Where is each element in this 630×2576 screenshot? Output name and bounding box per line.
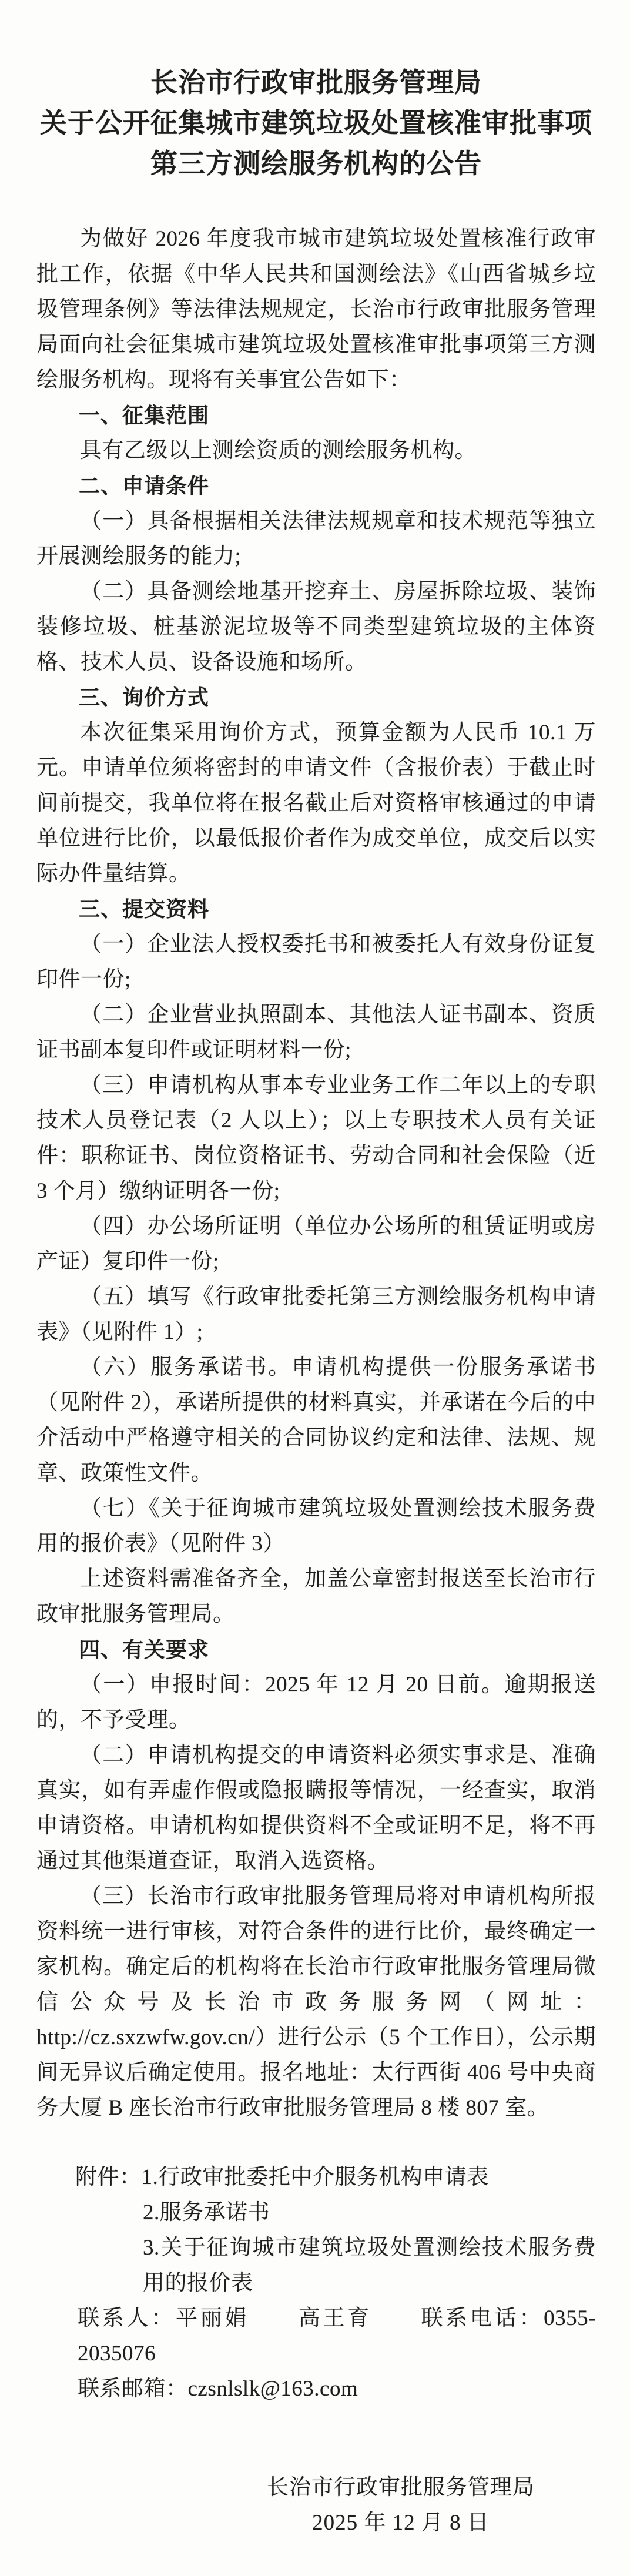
footer-block: 长治市行政审批服务管理局 2025 年 12 月 8 日 [267, 2470, 535, 2541]
contact-email-line: 联系邮箱：czsnlslk@163.com [36, 2371, 596, 2407]
attachment-item-1: 附件：1.行政审批委托中介服务机构申请表 [36, 2160, 596, 2195]
section-heading-conditions: 二、申请条件 [36, 468, 596, 504]
contact-persons-line: 联系人：平丽娟 高王育 联系电话：0355-2035076 [36, 2301, 596, 2371]
document-page: 长治市行政审批服务管理局 关于公开征集城市建筑垃圾处置核准审批事项 第三方测绘服… [0, 0, 630, 2576]
requirements-paragraph-1: （一）申报时间：2025 年 12 月 20 日前。逾期报送的，不予受理。 [36, 1667, 596, 1738]
materials-paragraph-4: （四）办公场所证明（单位办公场所的租赁证明或房产证）复印件一份; [36, 1209, 596, 1279]
footer-issuer: 长治市行政审批服务管理局 [267, 2470, 535, 2505]
materials-paragraph-6: （六）服务承诺书。申请机构提供一份服务承诺书（见附件 2），承诺所提供的材料真实… [36, 1350, 596, 1491]
materials-paragraph-8: 上述资料需准备齐全，加盖公章密封报送至长治市行政审批服务管理局。 [36, 1562, 596, 1632]
materials-paragraph-7: （七）《关于征询城市建筑垃圾处置测绘技术服务费用的报价表》（见附件 3） [36, 1491, 596, 1562]
attachment-item-2: 2.服务承诺书 [36, 2195, 596, 2230]
requirements-paragraph-2: （二）申请机构提交的申请资料必须实事求是、准确真实，如有弄虚作假或隐报瞒报等情况… [36, 1738, 596, 1879]
document-title: 长治市行政审批服务管理局 关于公开征集城市建筑垃圾处置核准审批事项 第三方测绘服… [36, 62, 596, 184]
materials-paragraph-3: （三）申请机构从事本专业业务工作二年以上的专职技术人员登记表（2 人以上）；以上… [36, 1068, 596, 1209]
section-heading-requirements: 四、有关要求 [36, 1632, 596, 1667]
conditions-paragraph-1: （一）具备根据相关法律法规规章和技术规范等独立开展测绘服务的能力; [36, 504, 596, 574]
attachments-label: 附件： [75, 2165, 142, 2189]
title-line-1: 长治市行政审批服务管理局 [36, 62, 596, 103]
document-body: 为做好 2026 年度我市城市建筑垃圾处置核准行政审批工作，依据《中华人民共和国… [36, 222, 596, 2541]
attachment-item-1-text: 1.行政审批委托中介服务机构申请表 [142, 2165, 489, 2189]
attachments-block: 附件：1.行政审批委托中介服务机构申请表 2.服务承诺书 3.关于征询城市建筑垃… [36, 2160, 596, 2301]
materials-paragraph-2: （二）企业营业执照副本、其他法人证书副本、资质证书副本复印件或证明材料一份; [36, 997, 596, 1068]
attachment-item-3: 3.关于征询城市建筑垃圾处置测绘技术服务费用的报价表 [36, 2230, 596, 2301]
intro-paragraph: 为做好 2026 年度我市城市建筑垃圾处置核准行政审批工作，依据《中华人民共和国… [36, 222, 596, 398]
section-heading-materials: 三、提交资料 [36, 892, 596, 927]
inquiry-paragraph: 本次征集采用询价方式，预算金额为人民币 10.1 万元。申请单位须将密封的申请文… [36, 715, 596, 892]
conditions-paragraph-2: （二）具备测绘地基开挖弃土、房屋拆除垃圾、装饰装修垃圾、桩基淤泥垃圾等不同类型建… [36, 574, 596, 680]
section-heading-scope: 一、征集范围 [36, 398, 596, 433]
footer-date: 2025 年 12 月 8 日 [267, 2505, 535, 2541]
title-line-2: 关于公开征集城市建筑垃圾处置核准审批事项 [36, 103, 596, 143]
requirements-paragraph-3: （三）长治市行政审批服务管理局将对申请机构所报资料统一进行审核，对符合条件的进行… [36, 1879, 596, 2126]
section-scope-paragraph: 具有乙级以上测绘资质的测绘服务机构。 [36, 433, 596, 468]
materials-paragraph-1: （一）企业法人授权委托书和被委托人有效身份证复印件一份; [36, 927, 596, 997]
contacts-block: 联系人：平丽娟 高王育 联系电话：0355-2035076 联系邮箱：czsnl… [36, 2301, 596, 2407]
materials-paragraph-5: （五）填写《行政审批委托第三方测绘服务机构申请表》（见附件 1）; [36, 1279, 596, 1350]
title-line-3: 第三方测绘服务机构的公告 [36, 143, 596, 184]
section-heading-inquiry: 三、询价方式 [36, 680, 596, 715]
